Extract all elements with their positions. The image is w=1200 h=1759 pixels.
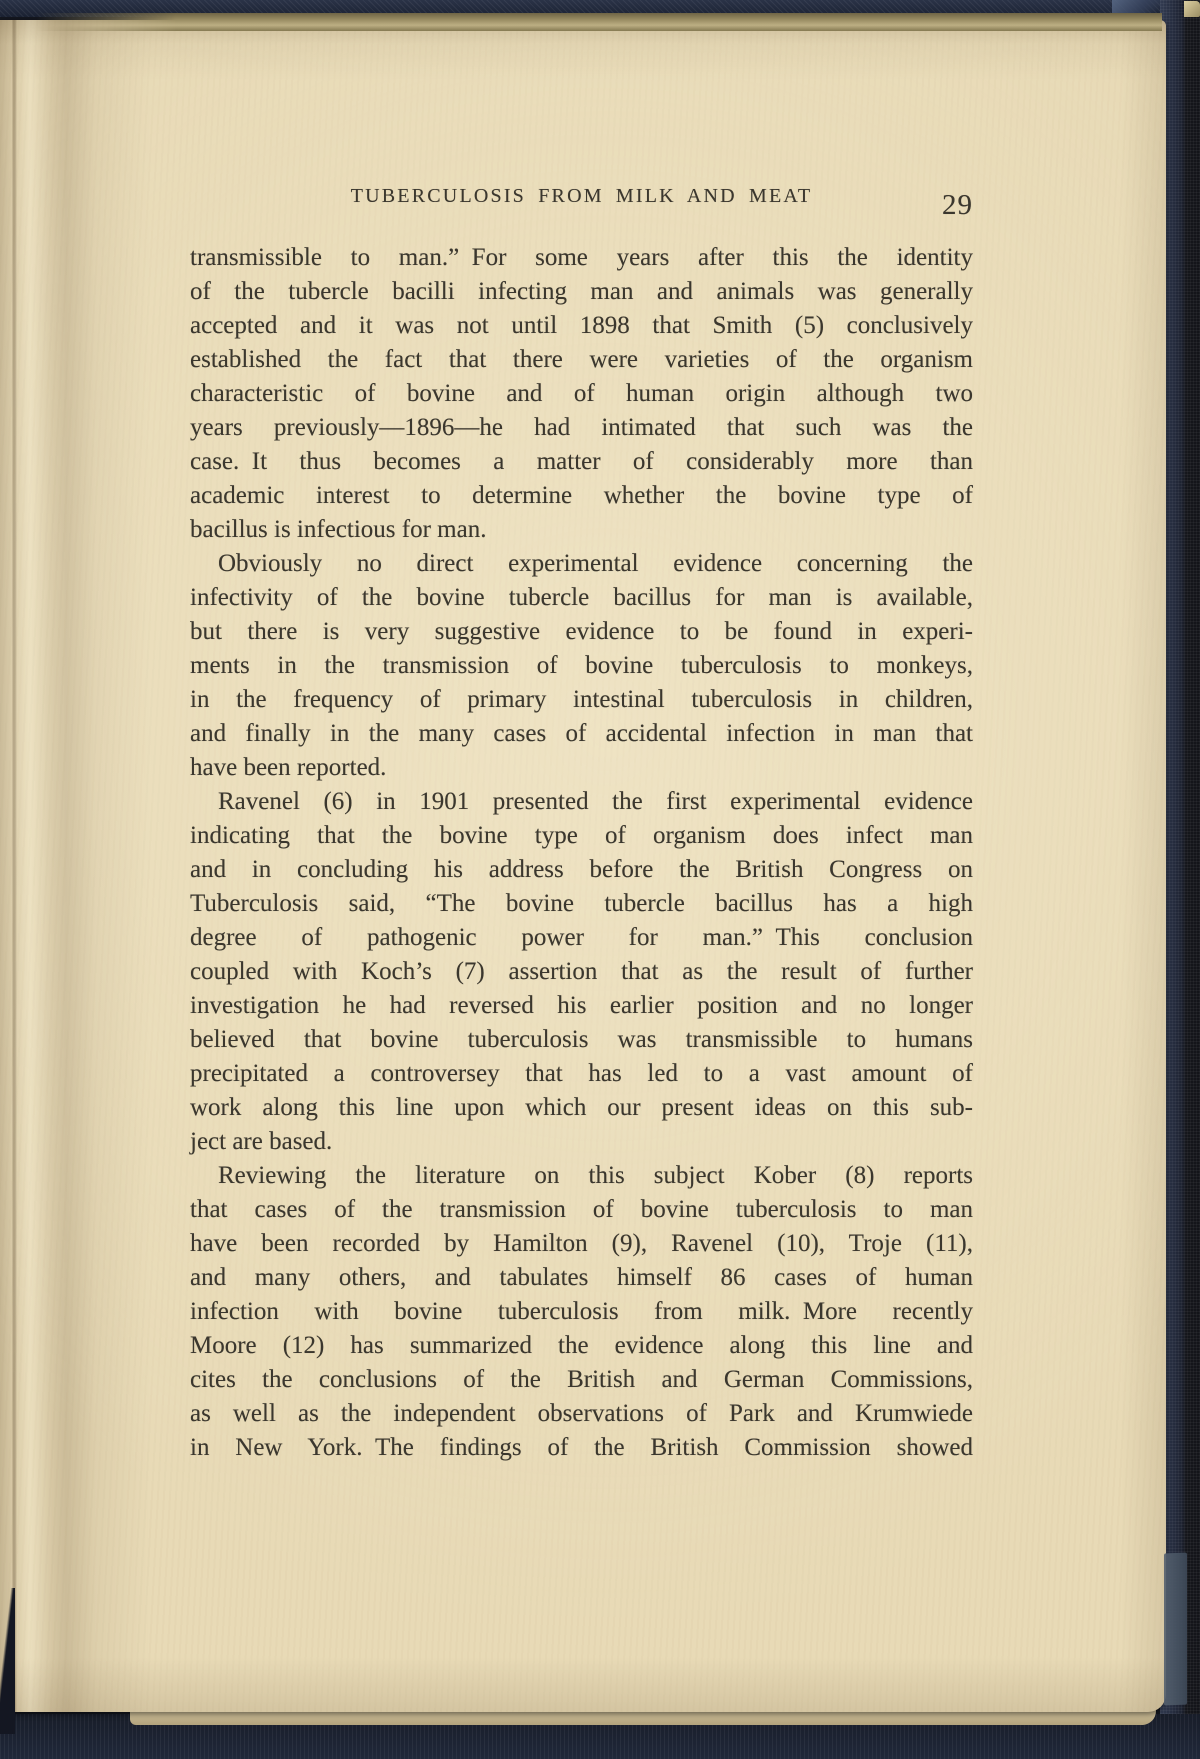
text-line: ments in the transmission of bovine tube… (190, 649, 973, 683)
cover-spine-patch (1164, 1553, 1187, 1706)
paragraph: Ravenel (6) in 1901 presented the first … (190, 785, 973, 1159)
book-cover-right (1160, 0, 1200, 1759)
text-line: Tuberculosis said, “The bovine tubercle … (190, 887, 973, 921)
text-line: in the frequency of primary intestinal t… (190, 683, 973, 717)
text-line: and in concluding his address before the… (190, 853, 973, 887)
text-line: transmissible to man.” For some years af… (190, 241, 973, 275)
text-line: ject are based. (190, 1125, 973, 1159)
text-line: and finally in the many cases of acciden… (190, 717, 973, 751)
text-line: indicating that the bovine type of organ… (190, 819, 973, 853)
page-number: 29 (942, 190, 973, 220)
text-line: infectivity of the bovine tubercle bacil… (190, 581, 973, 615)
text-line: believed that bovine tuberculosis was tr… (190, 1023, 973, 1057)
text-line: coupled with Koch’s (7) assertion that a… (190, 955, 973, 989)
text-line: in New York. The findings of the British… (190, 1431, 973, 1465)
text-line: and many others, and tabulates himself 8… (190, 1261, 973, 1295)
book-page: TUBERCULOSIS FROM MILK AND MEAT 29 trans… (0, 20, 1166, 1712)
text-line: degree of pathogenic power for man.” Thi… (190, 921, 973, 955)
text-line: characteristic of bovine and of human or… (190, 377, 973, 411)
text-line: bacillus is infectious for man. (190, 513, 973, 547)
paragraph: transmissible to man.” For some years af… (190, 241, 973, 547)
text-line: accepted and it was not until 1898 that … (190, 309, 973, 343)
text-line: established the fact that there were var… (190, 343, 973, 377)
text-line: Ravenel (6) in 1901 presented the first … (190, 785, 973, 819)
running-header: TUBERCULOSIS FROM MILK AND MEAT (190, 184, 973, 208)
text-line: case. It thus becomes a matter of consid… (190, 445, 973, 479)
text-line: have been reported. (190, 751, 973, 785)
page-block-top-edge (36, 13, 1162, 31)
text-line: infection with bovine tuberculosis from … (190, 1295, 973, 1329)
cover-sliver-bottom-left (0, 1588, 15, 1734)
paragraph: Reviewing the literature on this subject… (190, 1159, 973, 1465)
text-line: as well as the independent observations … (190, 1397, 973, 1431)
text-line: have been recorded by Hamilton (9), Rave… (190, 1227, 973, 1261)
text-line: Reviewing the literature on this subject… (190, 1159, 973, 1193)
text-block: transmissible to man.” For some years af… (190, 241, 973, 1465)
text-line: of the tubercle bacilli infecting man an… (190, 275, 973, 309)
text-line: cites the conclusions of the British and… (190, 1363, 973, 1397)
text-line: precipitated a controversey that has led… (190, 1057, 973, 1091)
text-line: that cases of the transmission of bovine… (190, 1193, 973, 1227)
text-line: Moore (12) has summarized the evidence a… (190, 1329, 973, 1363)
text-line: Obviously no direct experimental evidenc… (190, 547, 973, 581)
text-line: investigation he had reversed his earlie… (190, 989, 973, 1023)
text-line: but there is very suggestive evidence to… (190, 615, 973, 649)
page-block-top-edge-corner (1184, 1, 1200, 17)
paragraph: Obviously no direct experimental evidenc… (190, 547, 973, 785)
text-line: work along this line upon which our pres… (190, 1091, 973, 1125)
text-line: years previously—1896—he had intimated t… (190, 411, 973, 445)
text-line: academic interest to determine whether t… (190, 479, 973, 513)
